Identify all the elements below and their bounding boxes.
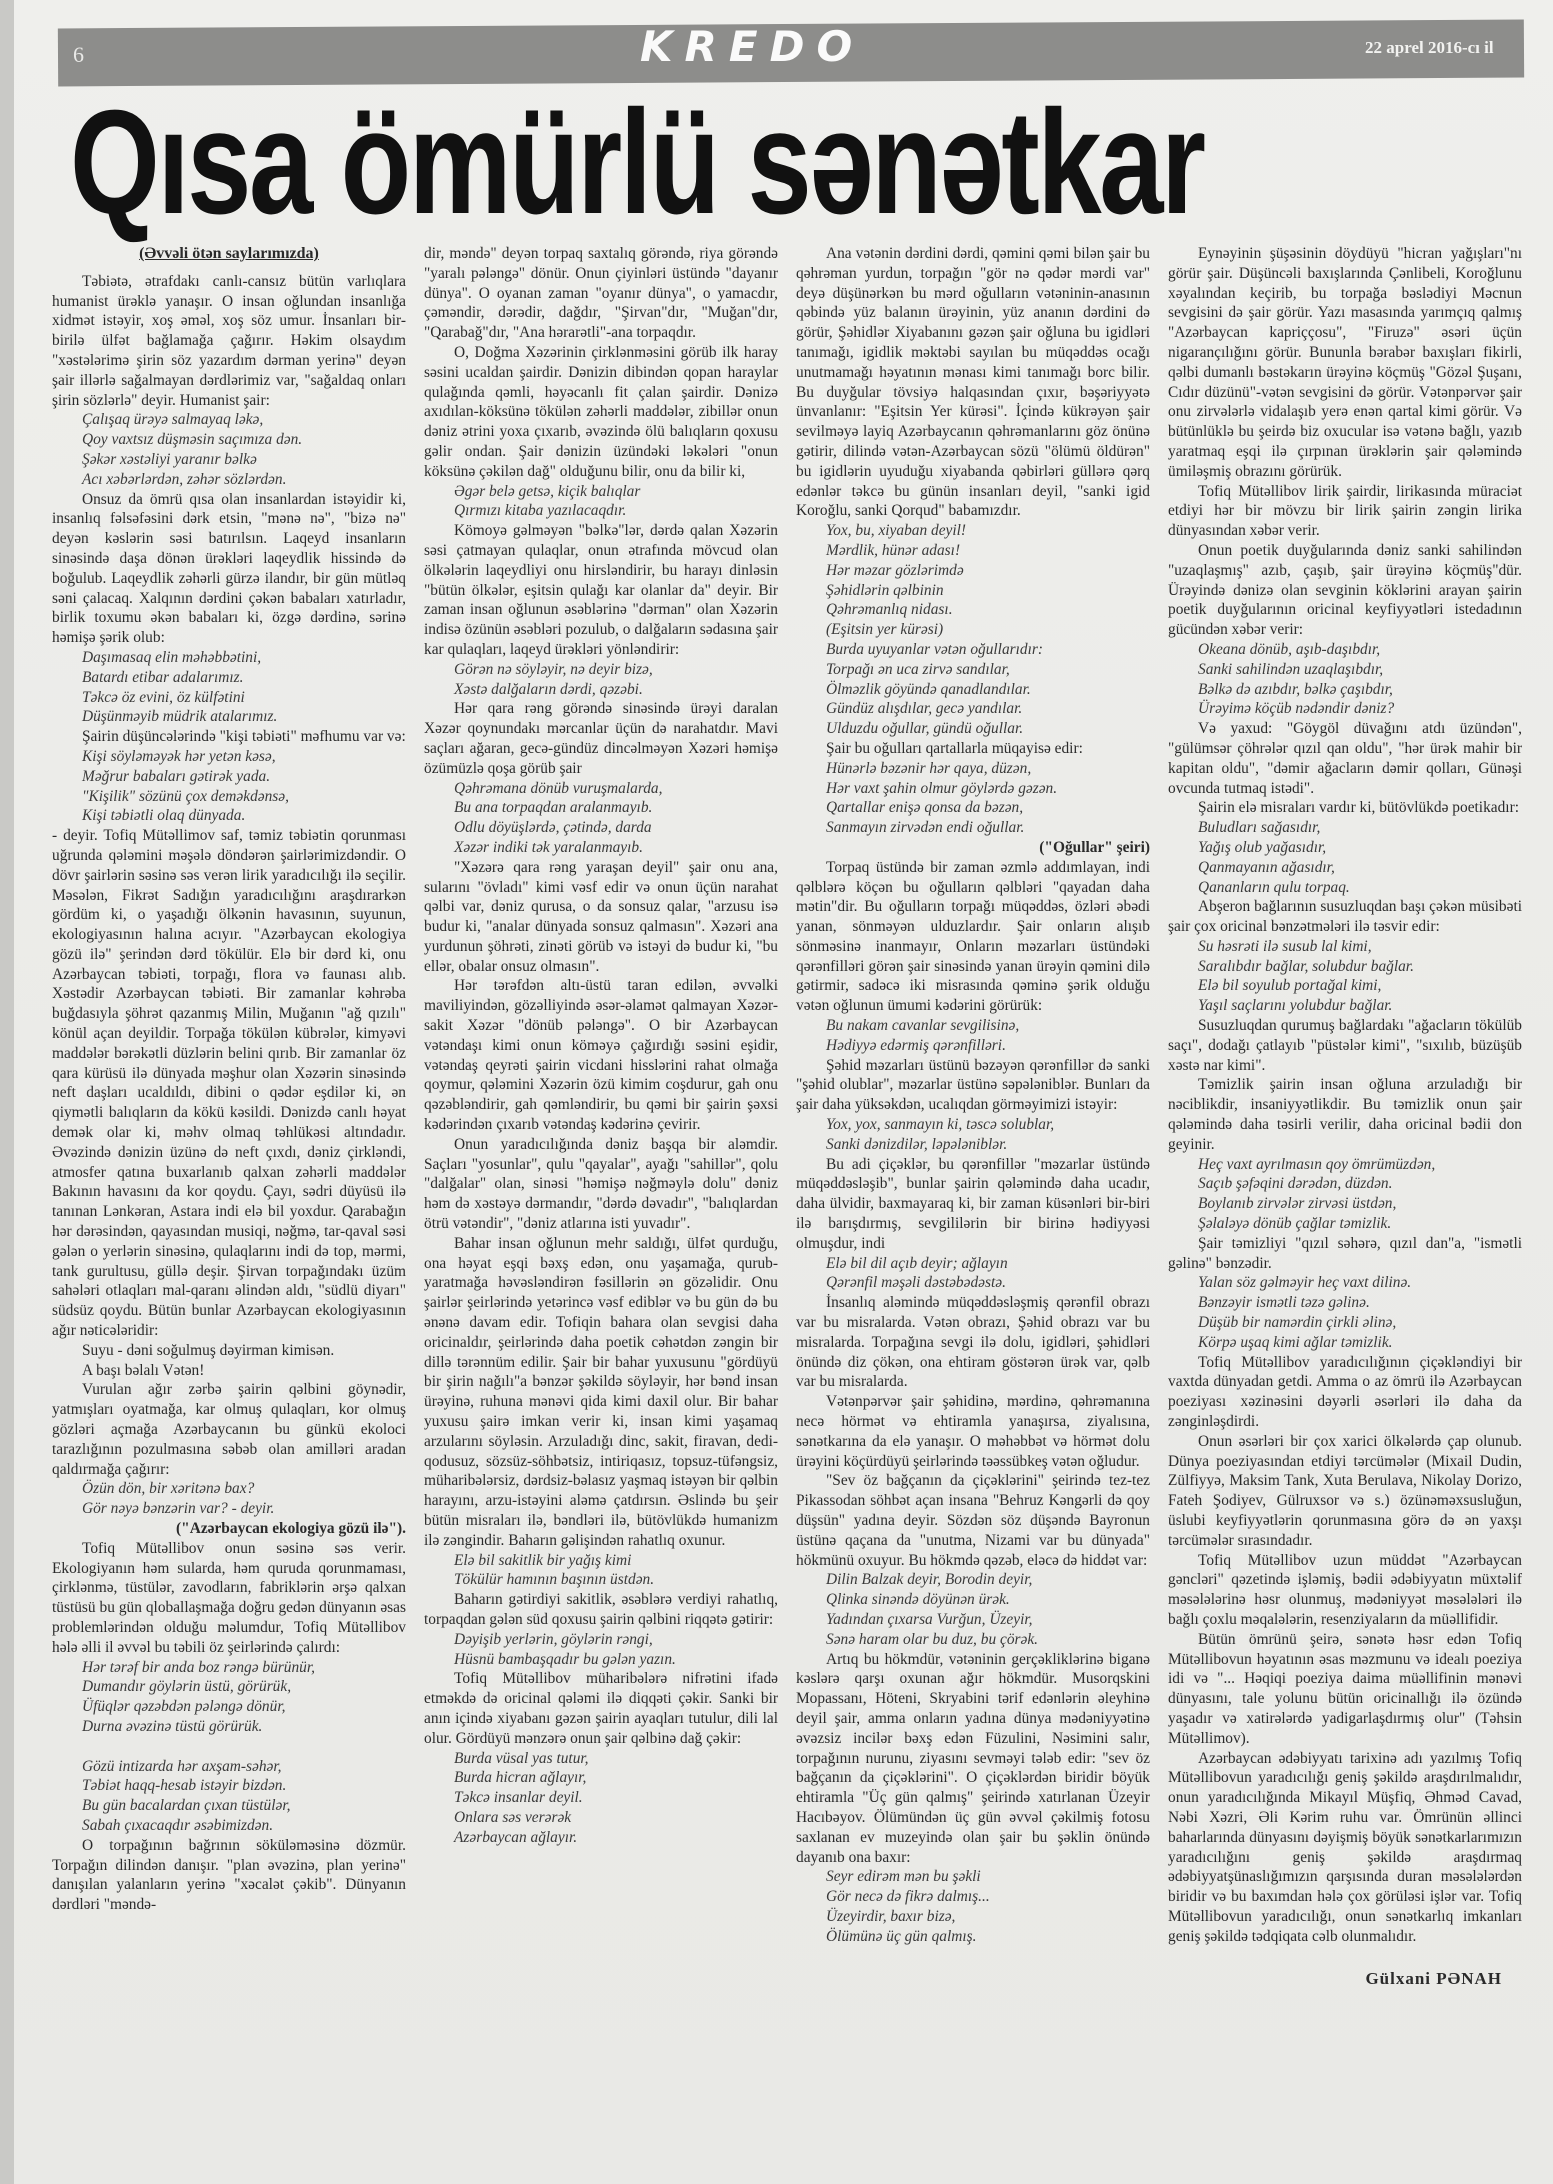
poem-line: Xəstə dalğaların dərdi, qəzəbi. [454, 680, 778, 700]
article-paragraph: İnsanlıq aləmində müqəddəsləşmiş qərənfi… [796, 1293, 1150, 1392]
poem-line: Qartallar enişə qonsa da bəzən, [826, 798, 1150, 818]
article-paragraph: Bütün ömrünü şeirə, sənətə həsr edən Tof… [1168, 1630, 1522, 1749]
article-paragraph: Tofiq Mütəllibov müharibələrə nifrətini … [424, 1669, 778, 1748]
article-paragraph: Vurulan ağır zərbə şairin qəlbini göynəd… [52, 1380, 406, 1479]
poem-line: Qərənfil məşəli dəstəbədəstə. [826, 1273, 1150, 1293]
article-paragraph: Artıq bu hökmdür, vətəninin gerçəkliklər… [796, 1650, 1150, 1868]
article-paragraph: Onun əsərləri bir çox xarici ölkələrdə ç… [1168, 1432, 1522, 1551]
article-paragraph: Ana vətənin dərdini dərdi, qəmini qəmi b… [796, 244, 1150, 521]
poem-line: Ulduzdu oğullar, gündü oğullar. [826, 719, 1150, 739]
poem-line: Azərbaycan ağlayır. [454, 1828, 778, 1848]
article-column-3: Ana vətənin dərdini dərdi, qəmini qəmi b… [796, 244, 1150, 2174]
article-paragraph: Torpaq üstündə bir zaman əzmlə addımlaya… [796, 858, 1150, 1016]
poem-stanza: Elə bil dil açıb deyir; ağlayınQərənfil … [796, 1254, 1150, 1294]
poem-stanza: Daşımasaq elin məhəbbətini,Batardı etiba… [52, 648, 406, 727]
poem-line: Gör nəyə bənzərin var? - deyir. [82, 1499, 406, 1519]
poem-stanza: Özün dön, bir xəritənə bax?Gör nəyə bənz… [52, 1479, 406, 1519]
poem-line: Buludları sağasıdır, [1198, 818, 1522, 838]
stanza-spacer [52, 1737, 406, 1757]
poem-source-caption: ("Oğullar" şeiri) [796, 838, 1150, 858]
poem-stanza: Suyu - dəni soğulmuş dəyirman kimisən.A … [52, 1341, 406, 1381]
poem-line: Saçıb şəfəqini dərədən, düzdən. [1198, 1174, 1522, 1194]
article-paragraph: Baharın gətirdiyi sakitlik, əsəblərə ver… [424, 1590, 778, 1630]
article-paragraph: Tofiq Mütəllibov onun səsinə səs verir. … [52, 1539, 406, 1658]
article-paragraph: Hər tərəfdən altı-üstü taran edilən, əvv… [424, 976, 778, 1134]
article-paragraph: Hər qara rəng görəndə sinəsində ürəyi da… [424, 699, 778, 778]
poem-line: Qəhrəmanlıq nidası. [826, 600, 1150, 620]
poem-line: A başı bəlalı Vətən! [82, 1361, 406, 1381]
poem-stanza: Dəyişib yerlərin, göylərin rəngi,Hüsnü b… [424, 1630, 778, 1670]
poem-stanza: Okeana dönüb, aşıb-daşıbdır,Sanki sahili… [1168, 640, 1522, 719]
article-paragraph: Tofiq Mütəllibov uzun müddət "Azərbaycan… [1168, 1551, 1522, 1630]
poem-line: Gözü intizarda hər axşam-səhər, [82, 1757, 406, 1777]
poem-line: Gündüz alışdılar, gecə yandılar. [826, 699, 1150, 719]
poem-stanza: Bu nakam cavanlar sevgilisinə,Hədiyyə ed… [796, 1016, 1150, 1056]
poem-line: (Eşitsin yer kürəsi) [826, 620, 1150, 640]
poem-line: Seyr edirəm mən bu şəkli [826, 1867, 1150, 1887]
poem-line: Körpə uşaq kimi ağlar təmizlik. [1198, 1333, 1522, 1353]
poem-line: Hər tərəf bir anda boz rəngə bürünür, [82, 1658, 406, 1678]
poem-line: Daşımasaq elin məhəbbətini, [82, 648, 406, 668]
poem-stanza: Şair bu oğulları qartallarla müqayisə ed… [796, 739, 1150, 759]
poem-line: Çalışaq ürəyə salmayaq ləkə, [82, 410, 406, 430]
poem-line: Dəyişib yerlərin, göylərin rəngi, [454, 1630, 778, 1650]
poem-line: Xəzər indiki tək yaralanmayıb. [454, 838, 778, 858]
article-paragraph: dir, məndə" deyən torpaq saxtalıq görənd… [424, 244, 778, 343]
poem-stanza: Yox, yox, sanmayın ki, təscə solublar,Sa… [796, 1115, 1150, 1155]
article-paragraph: Onsuz da ömrü qısa olan insanlardan istə… [52, 490, 406, 648]
poem-line: Burda hicran ağlayır, [454, 1768, 778, 1788]
article-paragraph: "Sev öz bağçanın da çiçəklərini" şeirind… [796, 1471, 1150, 1570]
article-paragraph: Azərbaycan ədəbiyyatı tarixinə adı yazıl… [1168, 1749, 1522, 1947]
poem-line: Batardı etibar adalarımız. [82, 668, 406, 688]
poem-stanza: Görən nə söyləyir, nə deyir bizə,Xəstə d… [424, 660, 778, 700]
article-paragraph: Təbiətə, ətrafdakı canlı-cansız bütün va… [52, 272, 406, 411]
article-paragraph: Və yaxud: "Göygöl düvağını atdı üzündən"… [1168, 719, 1522, 798]
poem-line: Elə bil dil açıb deyir; ağlayın [826, 1254, 1150, 1274]
poem-line: Torpağı ən uca zirvə sandılar, [826, 660, 1150, 680]
poem-line: Mərdlik, hünər adası! [826, 541, 1150, 561]
poem-line: Şəhidlərin qəlbinin [826, 581, 1150, 601]
poem-line: Bəlkə də azıbdır, bəlkə çaşıbdır, [1198, 680, 1522, 700]
poem-line: Saralıbdır bağlar, solubdur bağlar. [1198, 957, 1522, 977]
article-paragraph: Şəhid məzarları üstünü bəzəyən qərənfill… [796, 1056, 1150, 1115]
poem-line: Qoy vaxtsız düşməsin saçımıza dən. [82, 430, 406, 450]
article-paragraph: Tofiq Mütəllibov lirik şairdir, lirikası… [1168, 482, 1522, 541]
poem-line: Təkcə öz evini, öz külfətini [82, 688, 406, 708]
poem-stanza: Gözü intizarda hər axşam-səhər,Təbiət ha… [52, 1757, 406, 1836]
poem-line: Qəhrəmana dönüb vuruşmalarda, [454, 779, 778, 799]
article-paragraph: Şairin düşüncələrində "kişi təbiəti" məf… [52, 727, 406, 747]
poem-line: "Kişilik" sözünü çox deməkdənsə, [82, 787, 406, 807]
poem-line: Yaşıl saçlarını yolubdur bağlar. [1198, 996, 1522, 1016]
poem-line: Kişi təbiətli olaq dünyada. [82, 806, 406, 826]
poem-line: Özün dön, bir xəritənə bax? [82, 1479, 406, 1499]
poem-stanza: Kişi söyləməyək hər yetən kəsə,Məğrur ba… [52, 747, 406, 826]
poem-line: Boylanıb zirvələr zirvəsi üstdən, [1198, 1194, 1522, 1214]
poem-line: Gör necə də fikrə dalmış... [826, 1887, 1150, 1907]
poem-line: Ölməzlik göyündə qanadlandılar. [826, 680, 1150, 700]
author-byline: Gülxani PƏNAH [1168, 1969, 1522, 1989]
poem-line: Şəlaləyə dönüb çağlar təmizlik. [1198, 1214, 1522, 1234]
poem-line: Sanki dənizdilər, ləpələniblər. [826, 1135, 1150, 1155]
poem-line: Hər vaxt şahin olmur göylərdə gəzən. [826, 779, 1150, 799]
poem-line: Əgər belə getsə, kiçik balıqlar [454, 482, 778, 502]
poem-line: Odlu döyüşlərdə, çətində, dardа [454, 818, 778, 838]
poem-line: Onlara səs verərək [454, 1808, 778, 1828]
poem-line: Bənzəyir ismətli təzə gəlinə. [1198, 1293, 1522, 1313]
poem-line: Yadından çıxarsa Vurğun, Üzeyir, [826, 1610, 1150, 1630]
poem-stanza: Yox, bu, xiyaban deyil!Mərdlik, hünər ad… [796, 521, 1150, 739]
poem-line: Ölümünə üç gün qalmış. [826, 1927, 1150, 1947]
poem-line: Kişi söyləməyək hər yetən kəsə, [82, 747, 406, 767]
poem-line: Sabah çıxacaqdır əsəbimizdən. [82, 1816, 406, 1836]
poem-stanza: Əgər belə getsə, kiçik balıqlarQırmızı k… [424, 482, 778, 522]
poem-stanza: Heç vaxt ayrılmasın qoy ömrümüzdən,Saçıb… [1168, 1155, 1522, 1234]
article-paragraph: Təmizlik şairin insan oğluna arzuladığı … [1168, 1075, 1522, 1154]
poem-line: Okeana dönüb, aşıb-daşıbdır, [1198, 640, 1522, 660]
poem-line: Yox, bu, xiyaban deyil! [826, 521, 1150, 541]
newspaper-name: KREDO [640, 22, 864, 71]
poem-line: Tökülür hamının başının üstdən. [454, 1570, 778, 1590]
article-headline: Qısa ömürlü sənətkar [70, 88, 1193, 238]
poem-stanza: Çalışaq ürəyə salmayaq ləkə,Qoy vaxtsız … [52, 410, 406, 489]
article-paragraph: Vətənpərvər şair şəhidinə, mərdinə, qəhr… [796, 1392, 1150, 1471]
poem-line: Ürəyimə köçüb nədəndir dəniz? [1198, 699, 1522, 719]
poem-line: Su həsrəti ilə susub lal kimi, [1198, 937, 1522, 957]
article-body: (Əvvəli ötən saylarımızda) Təbiətə, ətra… [52, 244, 1522, 2174]
poem-line: Burda vüsal yas tutur, [454, 1749, 778, 1769]
poem-line: Sənə haram olar bu duz, bu çörək. [826, 1630, 1150, 1650]
poem-line: Elə bil sakitlik bir yağış kimi [454, 1551, 778, 1571]
poem-line: Heç vaxt ayrılmasın qoy ömrümüzdən, [1198, 1155, 1522, 1175]
article-paragraph: Susuzluqdan qurumuş bağlardakı "ağacları… [1168, 1016, 1522, 1075]
poem-stanza: Dilin Balzak deyir, Borodin deyir,Qlinka… [796, 1570, 1150, 1649]
poem-source-caption: ("Azərbaycan ekologiya gözü ilə"). [52, 1519, 406, 1539]
poem-stanza: Elə bil sakitlik bir yağış kimiTökülür h… [424, 1551, 778, 1591]
article-paragraph: Onun yaradıcılığında dəniz başqa bir alə… [424, 1135, 778, 1234]
article-subhead: (Əvvəli ötən saylarımızda) [52, 244, 406, 264]
poem-stanza: Su həsrəti ilə susub lal kimi,Saralıbdır… [1168, 937, 1522, 1016]
poem-line: Hədiyyə edərmiş qərənfilləri. [826, 1036, 1150, 1056]
poem-stanza: Yalan söz gəlməyir heç vaxt dilinə.Bənzə… [1168, 1273, 1522, 1352]
article-paragraph: "Xəzərə qara rəng yaraşan deyil" şair on… [424, 858, 778, 977]
page-number: 6 [73, 42, 84, 68]
poem-stanza: Buludları sağasıdır,Yağış olub yağasıdır… [1168, 818, 1522, 897]
poem-stanza: Hər tərəf bir anda boz rəngə bürünür,Dum… [52, 1658, 406, 1737]
poem-line: Sanmayın zirvədən endi oğullar. [826, 818, 1150, 838]
article-paragraph: Bahar insan oğlunun mehr saldığı, ülfət … [424, 1234, 778, 1551]
article-paragraph: Eynəyinin şüşəsinin döydüyü "hicran yağı… [1168, 244, 1522, 482]
poem-line: Təkcə insanlar deyil. [454, 1788, 778, 1808]
poem-stanza: Qəhrəmana dönüb vuruşmalarda,Bu ana torp… [424, 779, 778, 858]
poem-line: Düşünməyib müdrik atalarımız. [82, 707, 406, 727]
article-column-1: (Əvvəli ötən saylarımızda) Təbiətə, ətra… [52, 244, 406, 2174]
poem-line: Burda uyuyanlar vətən oğullarıdır: [826, 640, 1150, 660]
poem-stanza: Seyr edirəm mən bu şəkliGör necə də fikr… [796, 1867, 1150, 1946]
poem-line: Yox, yox, sanmayın ki, təscə solublar, [826, 1115, 1150, 1135]
poem-line: Elə bil soyulub portağal kimi, [1198, 976, 1522, 996]
article-paragraph: Onun poetik duyğularında dəniz sanki sah… [1168, 541, 1522, 640]
poem-line: Qanmayanın ağasıdır, [1198, 858, 1522, 878]
poem-line: Düşüb bir namərdin çirkli əlinə, [1198, 1313, 1522, 1333]
poem-line: Məğrur babaları gətirək yada. [82, 767, 406, 787]
poem-line: Dilin Balzak deyir, Borodin deyir, [826, 1570, 1150, 1590]
poem-line: Acı xəbərlərdən, zəhər sözlərdən. [82, 470, 406, 490]
poem-line: Dumandır göylərin üstü, görürük, [82, 1677, 406, 1697]
poem-stanza: Hünərlə bəzənir hər qaya, düzən,Hər vaxt… [796, 759, 1150, 838]
poem-line: Yalan söz gəlməyir heç vaxt dilinə. [1198, 1273, 1522, 1293]
poem-line: Hər məzar gözlərimdə [826, 561, 1150, 581]
poem-line: Bu gün bacalardan çıxan tüstülər, [82, 1796, 406, 1816]
article-paragraph: - deyir. Tofiq Mütəllimov saf, təmiz təb… [52, 826, 406, 1341]
poem-line: Şəkər xəstəliyi yaranır bəlkə [82, 450, 406, 470]
poem-line: Sanki sahilindən uzaqlaşıbdır, [1198, 660, 1522, 680]
poem-line: Üfüqlər qəzəbdən pələngə dönür, [82, 1697, 406, 1717]
article-paragraph: Bu adi çiçəklər, bu qərənfillər "məzarla… [796, 1155, 1150, 1254]
poem-stanza: Burda vüsal yas tutur,Burda hicran ağlay… [424, 1749, 778, 1848]
poem-line: Suyu - dəni soğulmuş dəyirman kimisən. [82, 1341, 406, 1361]
poem-line: Bu nakam cavanlar sevgilisinə, [826, 1016, 1150, 1036]
poem-line: Üzeyirdir, baxır bizə, [826, 1907, 1150, 1927]
poem-line: Görən nə söyləyir, nə deyir bizə, [454, 660, 778, 680]
poem-line: Durna əvəzinə tüstü görürük. [82, 1717, 406, 1737]
issue-date: 22 aprel 2016-cı il [1365, 38, 1494, 58]
poem-line: Qananların qulu torpaq. [1198, 878, 1522, 898]
article-paragraph: Tofiq Mütəllibov yaradıcılığının çiçəklə… [1168, 1353, 1522, 1432]
poem-line: Təbiət haqq-hesab istəyir bizdən. [82, 1776, 406, 1796]
article-paragraph: O, Doğma Xəzərinin çirklənməsini görüb i… [424, 343, 778, 482]
poem-line: Qırmızı kitaba yazılacaqdır. [454, 501, 778, 521]
poem-line: Hünərlə bəzənir hər qaya, düzən, [826, 759, 1150, 779]
article-paragraph: O torpağının bağrının söküləməsinə dözmü… [52, 1836, 406, 1915]
article-paragraph: Şair təmizliyi "qızıl səhərə, qızıl dan"… [1168, 1234, 1522, 1274]
article-paragraph: Kömoyə gəlməyən "bəlkə"lər, dərdə qalan … [424, 521, 778, 660]
article-paragraph: Abşeron bağlarının susuzluqdan başı çəkə… [1168, 897, 1522, 937]
article-paragraph: Şairin elə misraları vardır ki, bütövlük… [1168, 798, 1522, 818]
poem-line: Qlinka sinəndə döyünən ürək. [826, 1590, 1150, 1610]
poem-line: Şair bu oğulları qartallarla müqayisə ed… [826, 739, 1150, 759]
article-column-2: dir, məndə" deyən torpaq saxtalıq görənd… [424, 244, 778, 2174]
page-left-edge [0, 0, 14, 2184]
article-column-4: Eynəyinin şüşəsinin döydüyü "hicran yağı… [1168, 244, 1522, 2174]
poem-line: Yağış olub yağasıdır, [1198, 838, 1522, 858]
poem-line: Bu ana torpaqdan aralanmayıb. [454, 798, 778, 818]
poem-line: Hüsnü bambaşqadır bu gələn yazın. [454, 1650, 778, 1670]
